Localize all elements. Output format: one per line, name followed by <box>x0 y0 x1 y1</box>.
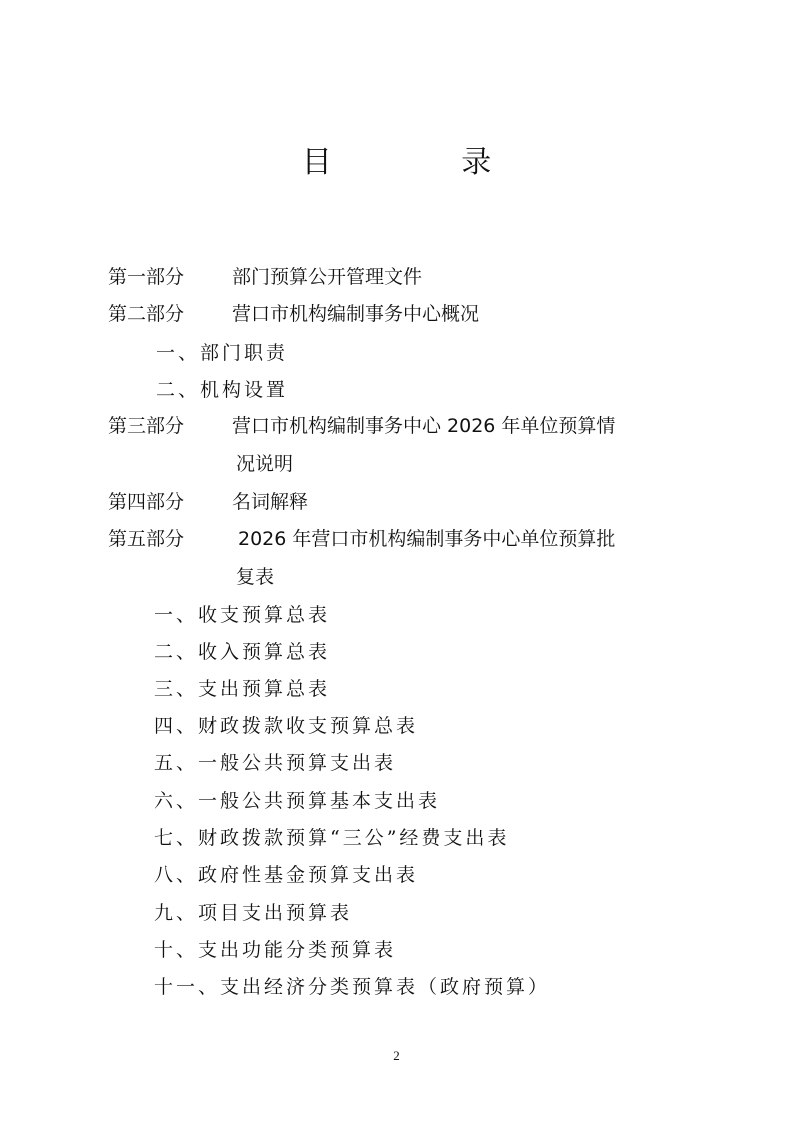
part-text: 营口市机构编制事务中心概况 <box>232 299 479 326</box>
toc-part-3: 第三部分营口市机构编制事务中心 2026 年单位预算情 <box>108 411 615 438</box>
toc-subitem: 七、财政拨款预算“三公”经费支出表 <box>154 823 509 850</box>
toc-subitem: 二、机构设置 <box>156 375 288 402</box>
page-number: 2 <box>0 1048 793 1064</box>
part-label: 第三部分 <box>108 411 232 438</box>
toc-subitem: 一、收支预算总表 <box>154 600 330 627</box>
toc-subitem: 四、财政拨款收支预算总表 <box>154 711 418 738</box>
part-text: 部门预算公开管理文件 <box>232 262 422 289</box>
part-text-continuation: 复表 <box>236 562 274 589</box>
toc-subitem: 二、收入预算总表 <box>154 637 330 664</box>
part-label: 第二部分 <box>108 299 232 326</box>
toc-part-4: 第四部分名词解释 <box>108 487 308 514</box>
part-text: 2026 年营口市机构编制事务中心单位预算批 <box>238 524 615 551</box>
toc-part-1: 第一部分部门预算公开管理文件 <box>108 262 422 289</box>
toc-part-2: 第二部分营口市机构编制事务中心概况 <box>108 299 479 326</box>
part-label: 第五部分 <box>108 524 232 551</box>
toc-subitem: 十、支出功能分类预算表 <box>154 935 396 962</box>
page-title: 目 录 <box>0 137 793 181</box>
part-text: 营口市机构编制事务中心 2026 年单位预算情 <box>232 411 615 438</box>
part-label: 第一部分 <box>108 262 232 289</box>
toc-part-5: 第五部分2026 年营口市机构编制事务中心单位预算批 <box>108 524 615 551</box>
toc-subitem: 三、支出预算总表 <box>154 674 330 701</box>
part-text: 名词解释 <box>232 487 308 514</box>
toc-subitem: 八、政府性基金预算支出表 <box>154 860 418 887</box>
toc-subitem: 一、部门职责 <box>156 338 288 365</box>
toc-subitem: 九、项目支出预算表 <box>154 898 352 925</box>
part-label: 第四部分 <box>108 487 232 514</box>
toc-subitem: 六、一般公共预算基本支出表 <box>154 786 440 813</box>
toc-subitem: 十一、支出经济分类预算表（政府预算） <box>154 972 550 999</box>
part-text-continuation: 况说明 <box>236 449 293 476</box>
toc-subitem: 五、一般公共预算支出表 <box>154 748 396 775</box>
